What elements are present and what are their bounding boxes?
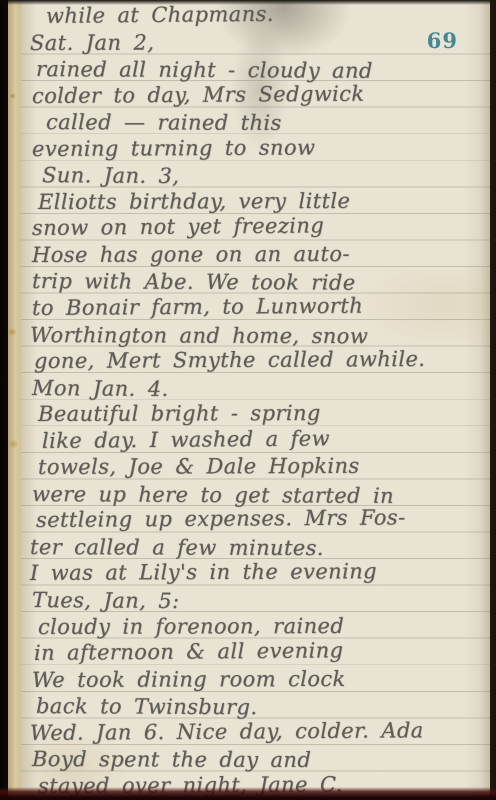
handwriting-line: towels, Joe & Dale Hopkins (30, 453, 488, 481)
handwriting-line: evening turning to snow (30, 133, 488, 162)
page-right-edge (490, 0, 496, 800)
diary-page-scan: 69 while at Chapmans.Sat. Jan 2,rained a… (0, 0, 496, 800)
handwriting-line: Sat. Jan 2, (30, 28, 488, 56)
cover-bottom-edge (0, 787, 496, 800)
handwriting-line: Beautiful bright - spring (30, 400, 488, 428)
handwritten-entries: while at Chapmans.Sat. Jan 2,rained all … (30, 3, 488, 799)
handwriting-line: settleing up expenses. Mrs Fos- (30, 504, 488, 534)
journal-page: 69 while at Chapmans.Sat. Jan 2,rained a… (21, 0, 490, 800)
handwriting-line: gone, Mert Smythe called awhile. (30, 346, 488, 375)
handwriting-line: Hose has gone on an auto- (30, 240, 488, 268)
handwriting-line: We took dining room clock (30, 665, 488, 693)
handwriting-line: like day. I washed a few (30, 424, 488, 455)
torn-page-edge (8, 0, 21, 800)
handwriting-line: in afternoon & all evening (30, 636, 488, 667)
handwriting-line: I was at Lily's in the evening (30, 558, 488, 587)
cover-top-edge (0, 0, 496, 5)
handwriting-line: colder to day, Mrs Sedgwick (30, 79, 488, 109)
handwriting-line: snow on not yet freezing (30, 211, 488, 242)
handwriting-line: to Bonair farm, to Lunworth (30, 292, 488, 322)
handwriting-line: Wed. Jan 6. Nice day, colder. Ada (30, 717, 488, 747)
binding-spine (0, 0, 8, 800)
